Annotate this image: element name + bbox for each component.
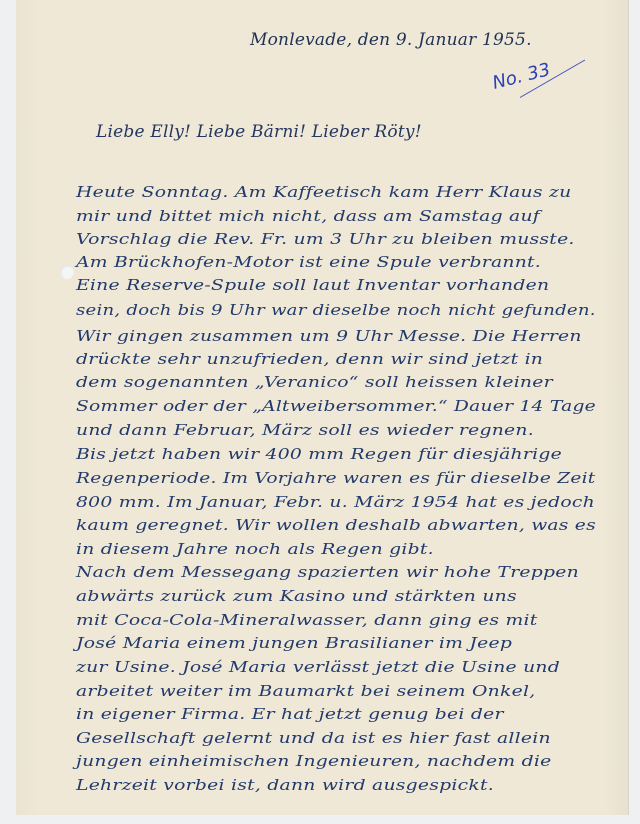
punch-hole: [60, 265, 74, 279]
body-line: Lehrzeit vorbei ist, dann wird ausgespic…: [76, 776, 494, 794]
body-line: Vorschlag die Rev. Fr. um 3 Uhr zu bleib…: [76, 230, 575, 248]
salutation: Liebe Elly! Liebe Bärni! Lieber Röty!: [96, 122, 422, 142]
body-line: kaum geregnet. Wir wollen deshalb abwart…: [76, 516, 596, 534]
body-line: abwärts zurück zum Kasino und stärkten u…: [76, 587, 517, 605]
body-line: in diesem Jahre noch als Regen gibt.: [76, 540, 434, 558]
place-date-line: Monlevade, den 9. Januar 1955.: [250, 30, 532, 50]
body-line: drückte sehr unzufrieden, denn wir sind …: [76, 350, 543, 368]
body-line: sein, doch bis 9 Uhr war dieselbe noch n…: [76, 301, 596, 319]
body-line: 800 mm. Im Januar, Febr. u. März 1954 ha…: [76, 493, 595, 511]
body-line: Nach dem Messegang spazierten wir hohe T…: [76, 563, 579, 581]
body-line: José Maria einem jungen Brasilianer im J…: [76, 634, 512, 652]
body-line: und dann Februar, März soll es wieder re…: [76, 421, 534, 439]
body-line: in eigener Firma. Er hat jetzt genug bei…: [76, 705, 504, 723]
body-line: mit Coca-Cola-Mineralwasser, dann ging e…: [76, 611, 538, 629]
body-line: Am Brückhofen-Motor ist eine Spule verbr…: [76, 253, 541, 271]
body-line: Eine Reserve-Spule soll laut Inventar vo…: [76, 276, 549, 294]
body-line: Gesellschaft gelernt und da ist es hier …: [76, 729, 551, 747]
body-line: Regenperiode. Im Vorjahre waren es für d…: [76, 469, 595, 487]
body-line: Sommer oder der „Altweibersommer.“ Dauer…: [76, 397, 596, 415]
body-line: arbeitet weiter im Baumarkt bei seinem O…: [76, 682, 535, 700]
body-line: zur Usine. José Maria verlässt jetzt die…: [76, 658, 560, 676]
body-line: Bis jetzt haben wir 400 mm Regen für die…: [76, 445, 562, 463]
body-line: jungen einheimischen Ingenieuren, nachde…: [76, 752, 551, 770]
body-line: mir und bittet mich nicht, dass am Samst…: [76, 207, 540, 225]
body-line: dem sogenannten „Veranico“ soll heissen …: [76, 373, 553, 391]
body-line: Wir gingen zusammen um 9 Uhr Messe. Die …: [76, 327, 582, 345]
body-line: Heute Sonntag. Am Kaffeetisch kam Herr K…: [76, 183, 571, 201]
